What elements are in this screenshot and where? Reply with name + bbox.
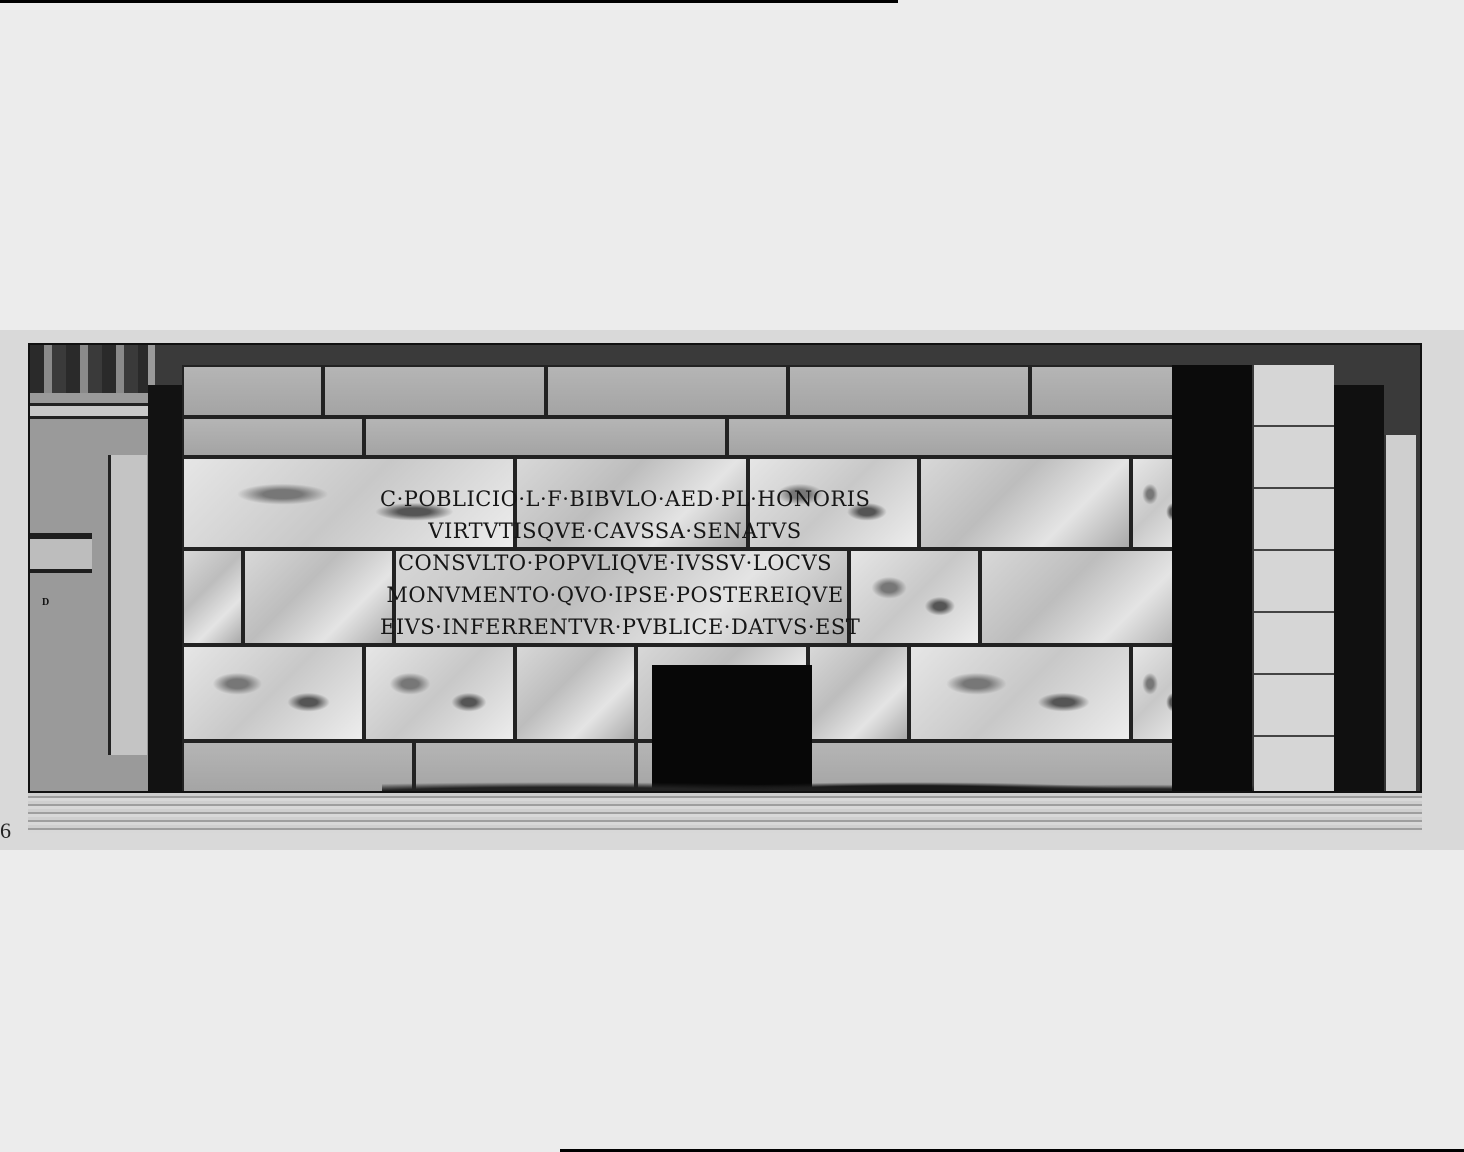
left-architectural-panel: D: [30, 345, 155, 791]
course-2: [182, 417, 1192, 457]
course-top: [182, 365, 1192, 417]
pilaster: [108, 455, 147, 755]
shadow-far-right: [1334, 385, 1384, 793]
far-right-pillar: [1384, 435, 1416, 793]
scan-edge-top: [0, 0, 898, 3]
masonry-wall: C·POBLICIO·L·F·BIBVLO·AED·PL·HONORIS VIR…: [182, 365, 1192, 793]
inscription-line: CONSVLTO·POPVLIQVE·IVSSV·LOCVS: [380, 547, 850, 579]
latin-inscription: C·POBLICIO·L·F·BIBVLO·AED·PL·HONORIS VIR…: [380, 483, 850, 643]
shadow-right: [1172, 365, 1252, 793]
inscription-line: VIRTVTISQVE·CAVSSA·SENATVS: [380, 515, 850, 547]
inscription-line: MONVMENTO·QVO·IPSE·POSTEREIQVE: [380, 579, 850, 611]
engraving-plate: D C·POBLICIO·L·F·BIBVLO·AED·PL·HONORIS V…: [28, 343, 1422, 793]
inscription-line: C·POBLICIO·L·F·BIBVLO·AED·PL·HONORIS: [380, 483, 850, 515]
panel-label: D: [42, 597, 49, 608]
ledge: [30, 533, 92, 573]
rubble: [382, 770, 1262, 793]
stone-column: [1254, 365, 1334, 793]
inscription-line: EIVS·INFERRENTVR·PVBLICE·DATVS·EST: [380, 611, 850, 643]
page-number: 6: [0, 818, 11, 844]
frieze-band: [30, 403, 148, 419]
engraved-caption: [28, 793, 1422, 833]
ornamental-cornice: [30, 345, 148, 393]
